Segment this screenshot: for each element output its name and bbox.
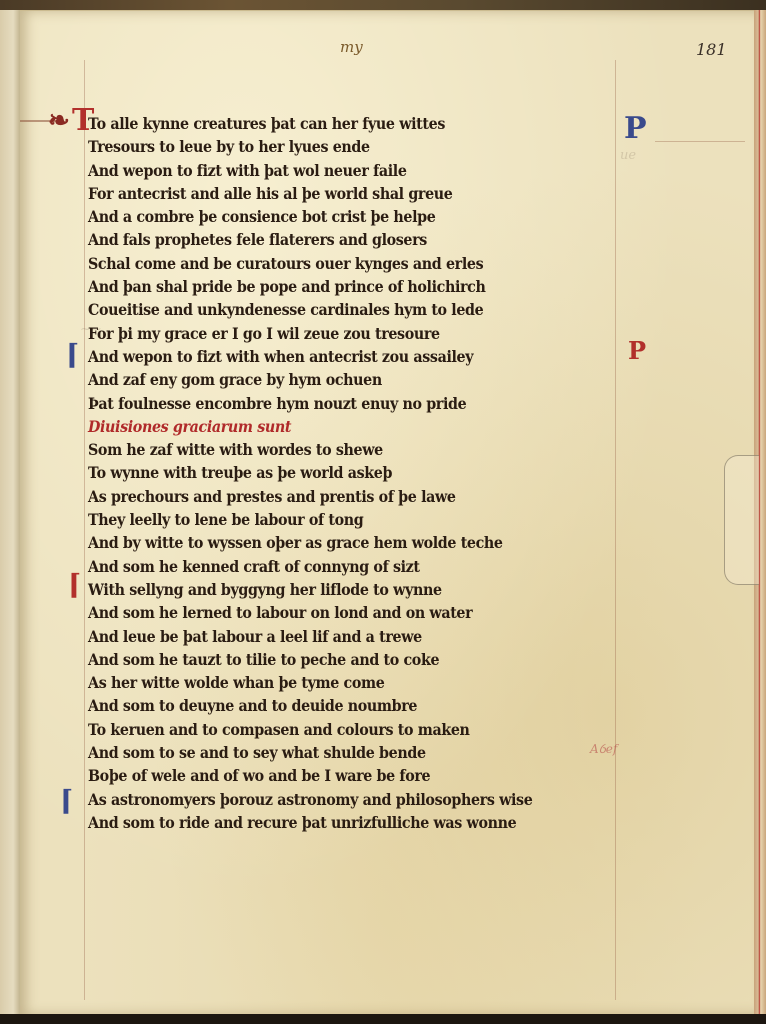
verse-line: And som he lerned to labour on lond and … [88, 601, 631, 624]
verse-line: And fals prophetes fele flaterers and gl… [88, 228, 631, 251]
verse-line: As her witte wolde whan þe tyme come [88, 671, 631, 694]
verse-line: Boþe of wele and of wo and be I ware be … [88, 764, 631, 787]
verse-line: And som to ride and recure þat unrizfull… [88, 811, 631, 834]
verse-line: For þi my grace er I go I wil zeue zou t… [88, 322, 631, 345]
verse-line: And by witte to wyssen oþer as grace hem… [88, 531, 631, 554]
verse-line: And som to deuyne and to deuide noumbre [88, 694, 631, 717]
book-bottom-edge [0, 1014, 766, 1024]
verse-line: For antecrist and alle his al þe world s… [88, 182, 631, 205]
verse-line: And þan shal pride be pope and prince of… [88, 275, 631, 298]
paraph-mark: ❧ [48, 108, 70, 134]
verse-line: Coueitise and unkyndenesse cardinales hy… [88, 298, 631, 321]
verse-line: To wynne with treuþe as þe world askeþ [88, 461, 631, 484]
verse-line: Tresours to leue by to her lyues ende [88, 135, 631, 158]
verse-line: And wepon to fizt with when antecrist zo… [88, 345, 631, 368]
verse-line: And leue be þat labour a leel lif and a … [88, 625, 631, 648]
ruling-left [84, 60, 85, 1000]
verse-line: And a combre þe consience bot crist þe h… [88, 205, 631, 228]
verse-line: Schal come and be curatours ouer kynges … [88, 252, 631, 275]
verse-line: Som he zaf witte with wordes to shewe [88, 438, 631, 461]
verse-line: And wepon to fizt with þat wol neuer fai… [88, 159, 631, 182]
verse-line: With sellyng and byggyng her liflode to … [88, 578, 631, 601]
verse-line: And som to se and to sey what shulde ben… [88, 741, 631, 764]
verse-text-block: To alle kynne creatures þat can her fyue… [88, 112, 678, 834]
verse-line: To keruen and to compasen and colours to… [88, 718, 631, 741]
decorated-initial-a: ⌈ [66, 340, 79, 370]
folio-number: 181 [696, 40, 727, 59]
catchword: my [340, 38, 363, 56]
verse-line: And som he kenned craft of connyng of si… [88, 555, 631, 578]
decorated-initial-a-blue: ⌈ [60, 786, 73, 816]
decorated-initial-w: ⌈ [68, 570, 81, 600]
verse-line: As prechours and prestes and prentis of … [88, 485, 631, 508]
verse-line: To alle kynne creatures þat can her fyue… [88, 112, 631, 135]
verse-line: They leelly to lene be labour of tong [88, 508, 631, 531]
verse-line: Þat foulnesse encombre hym nouzt enuy no… [88, 392, 631, 415]
page-tab-clip [724, 455, 759, 585]
verse-line: As astronomyers þorouz astronomy and phi… [88, 788, 631, 811]
verse-line: And zaf eny gom grace by hym ochuen [88, 368, 631, 391]
rubric-line: Diuisiones graciarum sunt [88, 415, 631, 438]
verse-line: And som he tauzt to tilie to peche and t… [88, 648, 631, 671]
